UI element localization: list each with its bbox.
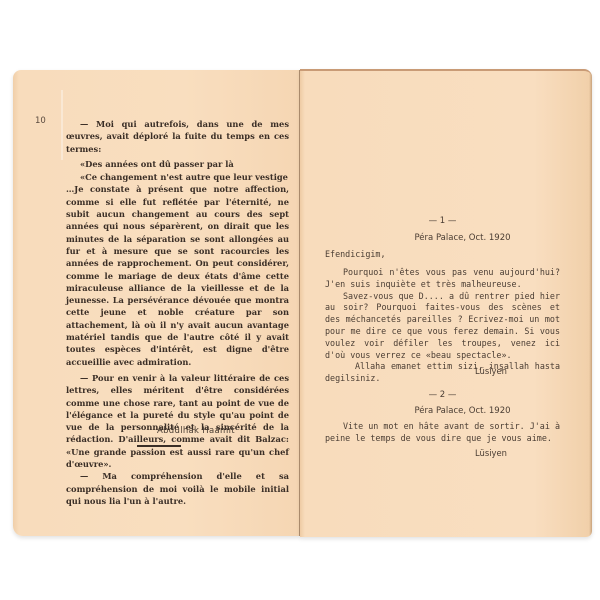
letter-salutation: Efendicigim, [325,249,560,261]
left-page-body: — Moi qui autrefois, dans une de mes œuv… [66,118,289,507]
letter-signature: Lüsiyen [475,448,507,458]
letter-signature: Lüsiyen [475,366,507,376]
paragraph: …Je constate à présent que notre affecti… [66,183,289,367]
book-spine [299,70,300,536]
paragraph: Allaha emanet ettim sizi, inşallah hasta… [325,361,560,385]
paragraph: — Moi qui autrefois, dans une de mes œuv… [66,118,289,155]
paragraph: — Ma compréhension d'elle et sa compréhe… [66,470,289,507]
paragraph: — Pour en venir à la valeur littéraire d… [66,372,289,470]
author-signature: Abdulhak Haamit [157,426,235,436]
letter-body: Pourquoi n'êtes vous pas venu aujourd'hu… [325,267,560,385]
page-number: 10 [35,116,46,126]
paragraph: Vite un mot en hâte avant de sortir. J'a… [325,421,560,445]
letter-number: — 2 — [325,390,560,400]
quote-line: «Ce changement n'est autre que leur vest… [66,171,289,183]
letter-number: — 1 — [325,216,560,226]
page-crease [61,90,63,160]
letter-place-date: Péra Palace, Oct. 1920 [345,406,580,416]
section-rule [137,445,181,447]
paragraph: Savez-vous que D.... a dû rentrer pied h… [325,291,560,362]
quote-line: «Des années ont dû passer par là [66,158,289,170]
paragraph: Pourquoi n'êtes vous pas venu aujourd'hu… [325,267,560,291]
letter-body: Vite un mot en hâte avant de sortir. J'a… [325,421,560,445]
letter-place-date: Péra Palace, Oct. 1920 [345,233,580,243]
